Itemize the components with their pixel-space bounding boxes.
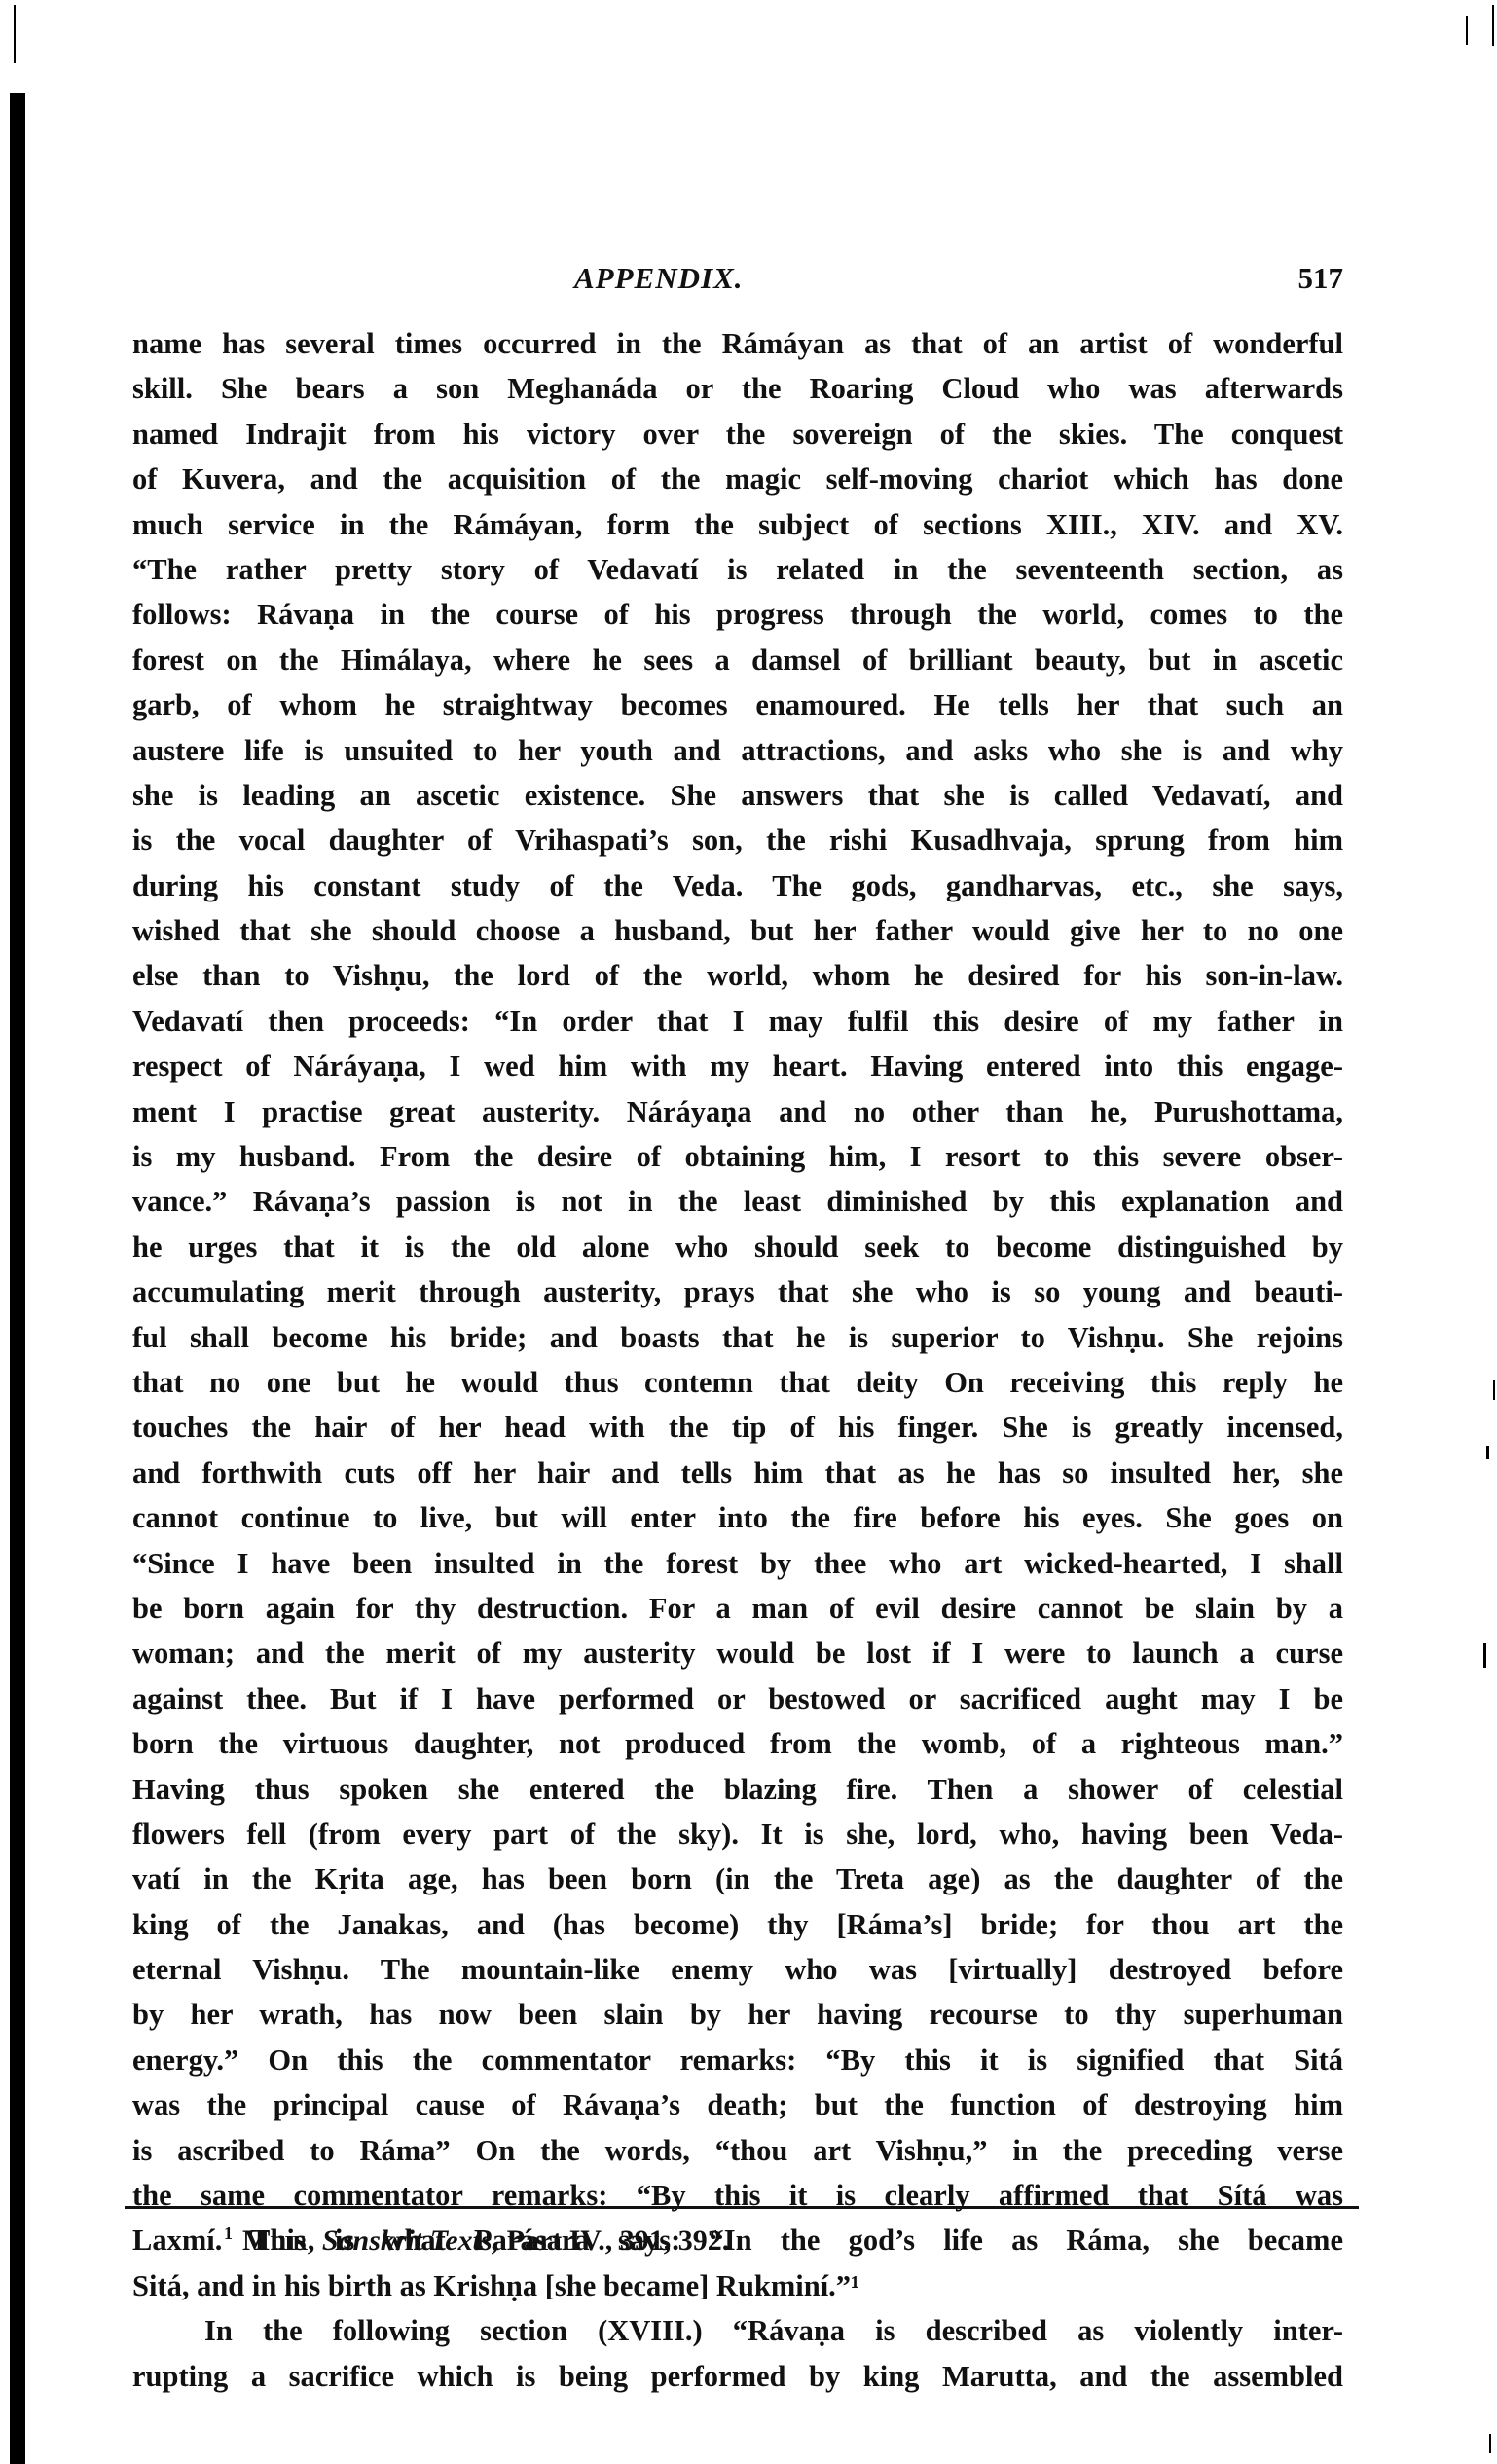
text-line: ment I practise great austerity. Náráyaṇ…	[132, 1089, 1343, 1134]
running-head: APPENDIX. 517	[132, 261, 1343, 304]
text-line: of Kuvera, and the acquisition of the ma…	[132, 457, 1343, 501]
text-line: Vedavatí then proceeds: “In order that I…	[132, 999, 1343, 1044]
text-line: is ascribed to Ráma” On the words, “thou…	[132, 2128, 1343, 2173]
text-line: vatí in the Kṛita age, has been born (in…	[132, 1857, 1343, 1901]
text-line: that no one but he would thus contemn th…	[132, 1360, 1343, 1405]
text-line: born the virtuous daughter, not produced…	[132, 1721, 1343, 1766]
text-line: the same commentator remarks: “By this i…	[132, 2173, 1343, 2218]
scan-margin-mark	[1486, 1446, 1489, 1459]
text-line: touches the hair of her head with the ti…	[132, 1405, 1343, 1450]
footnote-title: Sanskrit Texts,	[322, 2225, 499, 2257]
text-line: named Indrajit from his victory over the…	[132, 412, 1343, 457]
text-line: accumulating merit through austerity, pr…	[132, 1269, 1343, 1314]
text-line: rupting a sacrifice which is being perfo…	[132, 2354, 1343, 2399]
text-line: cannot continue to live, but will enter …	[132, 1495, 1343, 1540]
text-line: during his constant study of the Veda. T…	[132, 864, 1343, 908]
text-line: follows: Rávaṇa in the course of his pro…	[132, 592, 1343, 637]
body-text: name has several times occurred in the R…	[132, 321, 1343, 2399]
text-line: “The rather pretty story of Vedavatí is …	[132, 547, 1343, 592]
text-line: vance.” Rávaṇa’s passion is not in the l…	[132, 1179, 1343, 1224]
text-line: skill. She bears a son Meghanáda or the …	[132, 366, 1343, 411]
scan-edge-bar-left	[10, 93, 25, 2464]
text-line: she is leading an ascetic existence. She…	[132, 773, 1343, 818]
text-line: is my husband. From the desire of obtain…	[132, 1134, 1343, 1179]
page-number: 517	[1298, 261, 1344, 296]
footnote-author: Muir,	[242, 2225, 314, 2257]
text-line: ful shall become his bride; and boasts t…	[132, 1315, 1343, 1360]
text-line: energy.” On this the commentator remarks…	[132, 2038, 1343, 2082]
text-line: and forthwith cuts off her hair and tell…	[132, 1451, 1343, 1495]
footnote-divider	[125, 2206, 1359, 2209]
text-line: wished that she should choose a husband,…	[132, 908, 1343, 953]
text-line: be born again for thy destruction. For a…	[132, 1586, 1343, 1631]
text-line: was the principal cause of Rávaṇa’s deat…	[132, 2082, 1343, 2127]
text-line: forest on the Himálaya, where he sees a …	[132, 638, 1343, 682]
scan-margin-mark	[1483, 1643, 1486, 1668]
text-line: Having thus spoken she entered the blazi…	[132, 1767, 1343, 1812]
running-title: APPENDIX.	[574, 261, 744, 296]
text-line: he urges that it is the old alone who sh…	[132, 1225, 1343, 1269]
text-line: Sitá, and in his birth as Krishṇa [she b…	[132, 2263, 1343, 2308]
text-line: king of the Janakas, and (has become) th…	[132, 1902, 1343, 1947]
footnote-reference: Part IV., 391, 392.	[507, 2225, 730, 2257]
scan-edge-line-top-right	[1466, 16, 1468, 45]
text-line: is the vocal daughter of Vrihaspati’s so…	[132, 818, 1343, 863]
scan-margin-mark	[1493, 1380, 1495, 1400]
text-line: name has several times occurred in the R…	[132, 321, 1343, 366]
text-line: by her wrath, has now been slain by her …	[132, 1992, 1343, 2037]
scan-edge-line-top-right-2	[1492, 5, 1494, 46]
text-line: flowers fell (from every part of the sky…	[132, 1812, 1343, 1857]
footnote: 1Muir, Sanskrit Texts, Part IV., 391, 39…	[224, 2224, 729, 2258]
text-line: respect of Náráyaṇa, I wed him with my h…	[132, 1044, 1343, 1088]
text-line: “Since I have been insulted in the fores…	[132, 1541, 1343, 1586]
text-line: austere life is unsuited to her youth an…	[132, 728, 1343, 773]
footnote-marker: 1	[224, 2224, 233, 2243]
text-line: garb, of whom he straightway becomes ena…	[132, 682, 1343, 727]
text-line: eternal Vishṇu. The mountain-like enemy …	[132, 1947, 1343, 1992]
paragraph-first-line: In the following section (XVIII.) “Rávaṇ…	[132, 2308, 1343, 2353]
text-line: woman; and the merit of my austerity wou…	[132, 1631, 1343, 1675]
text-line: against thee. But if I have performed or…	[132, 1676, 1343, 1721]
scan-edge-line-top-left	[14, 5, 16, 63]
text-line: else than to Vishṇu, the lord of the wor…	[132, 953, 1343, 998]
scan-margin-mark	[1489, 2434, 1491, 2453]
text-line: much service in the Rámáyan, form the su…	[132, 502, 1343, 547]
